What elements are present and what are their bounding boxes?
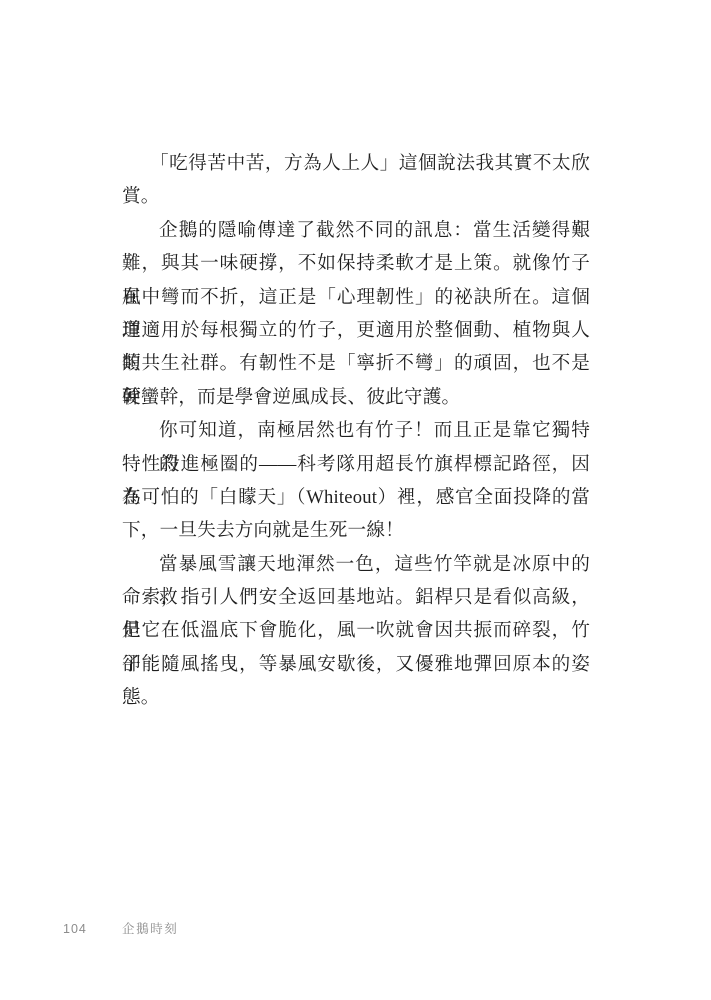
text-line: 是它在低溫底下會脆化，風一吹就會因共振而碎裂，竹子 <box>122 614 590 647</box>
running-book-title: 企鵝時刻 <box>122 918 178 940</box>
text-line: 幹蠻幹，而是學會逆風成長、彼此守護。 <box>122 381 590 414</box>
text-line: 在可怕的「白矇天」（Whiteout）裡，感官全面投降的當 <box>122 481 590 514</box>
text-line: 當暴風雪讓天地渾然一色，這些竹竿就是冰原中的救 <box>122 548 590 581</box>
text-line: 態。 <box>122 681 590 714</box>
book-page: 「吃得苦中苦，方為人上人」這個說法我其實不太欣 賞。 企鵝的隱喻傳達了截然不同的… <box>0 0 711 1000</box>
text-line: 企鵝的隱喻傳達了截然不同的訊息：當生活變得艱 <box>122 214 590 247</box>
text-line: 理適用於每根獨立的竹子，更適用於整個動、植物與人類 <box>122 314 590 347</box>
text-line: 特性殺進極圈的——科考隊用超長竹旗桿標記路徑，因為 <box>122 448 590 481</box>
text-line: 命索，指引人們安全返回基地站。鋁桿只是看似高級，但 <box>122 581 590 614</box>
body-text-block: 「吃得苦中苦，方為人上人」這個說法我其實不太欣 賞。 企鵝的隱喻傳達了截然不同的… <box>122 147 590 715</box>
page-number: 104 <box>63 918 87 940</box>
text-line: 賞。 <box>122 180 590 213</box>
text-line: 風中彎而不折，這正是「心理韌性」的祕訣所在。這個道 <box>122 281 590 314</box>
text-line: 「吃得苦中苦，方為人上人」這個說法我其實不太欣 <box>122 147 590 180</box>
text-line: 下，一旦失去方向就是生死一線！ <box>122 514 590 547</box>
text-line: 的共生社群。有韌性不是「寧折不彎」的頑固，也不是硬 <box>122 347 590 380</box>
text-line: 難，與其一味硬撐，不如保持柔軟才是上策。就像竹子在 <box>122 247 590 280</box>
text-line: 你可知道，南極居然也有竹子！而且正是靠它獨特的 <box>122 414 590 447</box>
page-footer: 104 企鵝時刻 <box>0 918 711 940</box>
text-line: 卻能隨風搖曳，等暴風安歇後，又優雅地彈回原本的姿 <box>122 648 590 681</box>
